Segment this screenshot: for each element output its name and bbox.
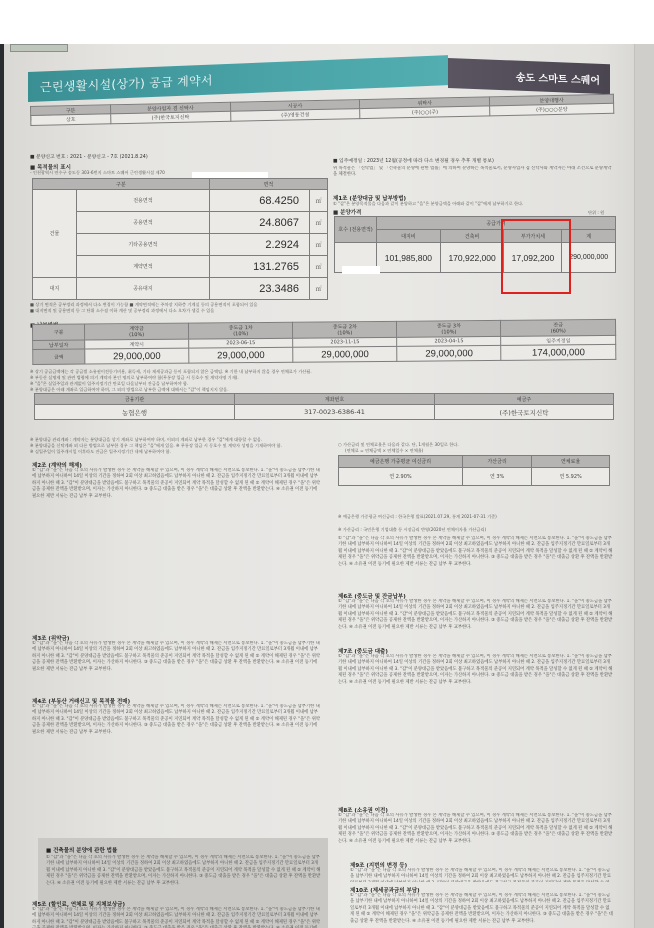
unit-number-header: 호수 (전용면적) (335, 217, 377, 243)
area-table: 구분 면적 건물 전용면적 68.4250 ㎡ 공용면적 24.8067 ㎡ 기… (32, 178, 328, 300)
article-7-body: ① "갑"과 "을"은 다음 각 호의 사유가 발생한 경우 본 계약을 해제할… (338, 654, 613, 794)
amount: 174,000,000 (501, 344, 616, 360)
area-value: 24.8067 (209, 212, 309, 234)
added-rate: 연 3% (463, 468, 532, 486)
cell: (주)영동건설 (230, 109, 360, 122)
redaction (342, 266, 380, 274)
unit: ㎡ (310, 278, 328, 300)
header-cell: 면적 (209, 179, 327, 190)
account-number: 317-0023-6386-41 (235, 405, 435, 420)
article-2-body: ① "갑"과 "을"은 다음 각 호의 사유가 발생한 경우 본 계약을 해제할… (32, 468, 322, 618)
overdue-rate: 연 5.92% (532, 468, 610, 486)
page-edge (634, 44, 654, 928)
header-cell: 계좌번호 (235, 394, 435, 405)
building-cost: 170,922,000 (440, 243, 504, 273)
contract-sheet: 근린생활시설(상가) 공급 계약서 송도 스마트 스퀘어 ■ 사업관계인 구분 … (0, 44, 654, 928)
cell: (주)한국토지신탁 (111, 111, 231, 124)
header-cell: 예금은행 가중평균 여신금리 (339, 456, 463, 468)
col-header: 잔금(60%) (501, 319, 616, 336)
bank-name: 농협은행 (35, 405, 235, 420)
amount: 29,000,000 (85, 348, 189, 364)
article-6-body: ① "갑"과 "을"은 다음 각 호의 사유가 발생한 경우 본 계약을 해제할… (338, 599, 613, 641)
background-edge (0, 44, 4, 928)
row-label: 공유대지 (77, 278, 210, 300)
amount: 29,000,000 (189, 347, 293, 363)
base-rate: 연 2.90% (339, 468, 463, 486)
cell: (주)○○○분양 (490, 103, 614, 116)
vat-highlight-box (501, 219, 571, 294)
row-label: 계약면적 (77, 256, 210, 278)
interest-note: ※ 예금은행 가중평균 여신금리 : 한국은행 발표(2021.07.29, 통… (338, 514, 497, 520)
article-9-body: ① "갑"과 "을"은 다음 각 호의 사유가 발생한 경우 본 계약을 해제할… (350, 868, 613, 882)
area-value: 2.2924 (209, 234, 309, 256)
header-cell: 대지비 (377, 230, 441, 243)
group-cell: 대지 (33, 278, 77, 300)
interest-body: ① "갑"과 "을"은 다음 각 호의 사유가 발생한 경우 본 계약을 해제할… (338, 536, 613, 584)
interest-table: 예금은행 가중평균 여신금리 가산금리 연체료율 연 2.90% 연 3% 연 … (338, 455, 610, 486)
supply-price-header: 공급가격 (377, 217, 616, 230)
group-cell: 건물 (33, 190, 77, 278)
document-title: 근린생활시설(상가) 공급 계약서 (40, 72, 213, 96)
article-1-text: ① "갑"은 분양목적물을 다음과 같이 분양하고 "을"은 분양금액을 아래와… (333, 201, 523, 207)
col-header: 계약금(10%) (85, 323, 189, 340)
cell: (주)○○(주) (360, 106, 490, 119)
col-header: 중도금 1차(10%) (189, 322, 293, 339)
header-cell: 가산금리 (463, 456, 532, 468)
row-label: 전용면적 (77, 190, 210, 212)
header-cell: 예금주 (435, 394, 614, 405)
area-value: 23.3486 (209, 278, 309, 300)
area-value: 131.2765 (209, 256, 309, 278)
unit: ㎡ (310, 212, 328, 234)
article-4-body: ① "갑"과 "을"은 다음 각 호의 사유가 발생한 경우 본 계약을 해제할… (32, 704, 322, 794)
unit: ㎡ (310, 234, 328, 256)
area-note: ■ 대지면적 및 공용면적 등 그 단위 소수점 이하 계산 및 공부정리 과정… (30, 308, 214, 314)
notice-heading: ■ 건축물의 분양에 관한 법률 (46, 846, 117, 854)
col-header: 중도금 2차(10%) (293, 321, 397, 338)
article-3-body: ① "갑"과 "을"은 다음 각 호의 사유가 발생한 경우 본 계약을 해제할… (32, 641, 322, 685)
brand-name: 송도 스마트 스퀘어 (516, 69, 600, 87)
article-10-body: ① "갑"과 "을"은 다음 각 호의 사유가 발생한 경우 본 계약을 해제할… (350, 893, 613, 928)
payment-table: 구분 계약금(10%) 중도금 1차(10%) 중도금 2차(10%) 중도금 … (32, 319, 616, 365)
account-holder: (주)한국토지신탁 (435, 405, 614, 420)
paper-scrap (10, 44, 68, 52)
amount: 29,000,000 (397, 345, 501, 361)
land-cost: 101,985,800 (377, 243, 441, 273)
price-label: ■ 분양가격 (333, 208, 361, 216)
move-in-date: ■ 입주예정일 : 2023년 12월(공정에 따라 다소 변경될 경우 추후 … (333, 157, 494, 164)
header-cell: 금융기관 (35, 394, 235, 405)
row-header: 금액 (33, 349, 85, 364)
bank-account-table: 금융기관 계좌번호 예금주 농협은행 317-0023-6386-41 (주)한… (34, 393, 614, 420)
price-table: 호수 (전용면적) 공급가격 대지비 건축비 부가가치세 계 101,985,8… (334, 216, 616, 273)
interest-note: ※ 가산금리 : 국민은행 기업대출 등 시장금리 반영(2020년 연체이자율… (338, 527, 486, 533)
row-label: 공용면적 (77, 212, 210, 234)
cell: 상호 (31, 114, 111, 126)
area-value: 68.4250 (209, 190, 309, 212)
col-header: 중도금 3차(10%) (397, 320, 501, 337)
property-address: - 인천광역시 연수구 송도동 303-6번지 스마트 스퀘어 근린생활시설 제… (30, 170, 165, 176)
article-5-body: ① "갑"과 "을"은 다음 각 호의 사유가 발생한 경우 본 계약을 해제할… (32, 907, 322, 928)
header-cell: 구분 (33, 179, 210, 190)
unit: ㎡ (310, 190, 328, 212)
sale-report-number: ■ 분양신고 번호 : 2021 - 분양신고 - 7호 (2021.8.24) (30, 153, 148, 160)
unit: ㎡ (310, 256, 328, 278)
top-margin (0, 0, 654, 44)
header-cell: 연체료율 (532, 456, 610, 468)
intro-paragraph: 위 목적물은 「신탁법」 및 「건축물의 분양에 관한 법률」에 의하여 분양하… (333, 166, 613, 192)
amount: 29,000,000 (293, 346, 397, 362)
business-parties-table: 구분 분양사업자 겸 신탁사 시공사 위탁사 분양대행사 상호 (주)한국토지신… (30, 94, 614, 126)
brand-band: 송도 스마트 스퀘어 (448, 58, 610, 94)
interest-formula: (연체료 = 연체금액 × 연체일수 × 연체율) (345, 448, 423, 454)
bank-note: ※ 실입주일이 입주개시일 이후라도 잔금은 입주지정기간 내에 납부하여야 함… (30, 449, 171, 455)
header-cell: 건축비 (440, 230, 504, 243)
row-header: 구분 (33, 324, 85, 340)
row-header: 납부일자 (33, 340, 85, 349)
title-band: 근린생활시설(상가) 공급 계약서 (28, 55, 448, 102)
row-label: 기타공용면적 (77, 234, 210, 256)
